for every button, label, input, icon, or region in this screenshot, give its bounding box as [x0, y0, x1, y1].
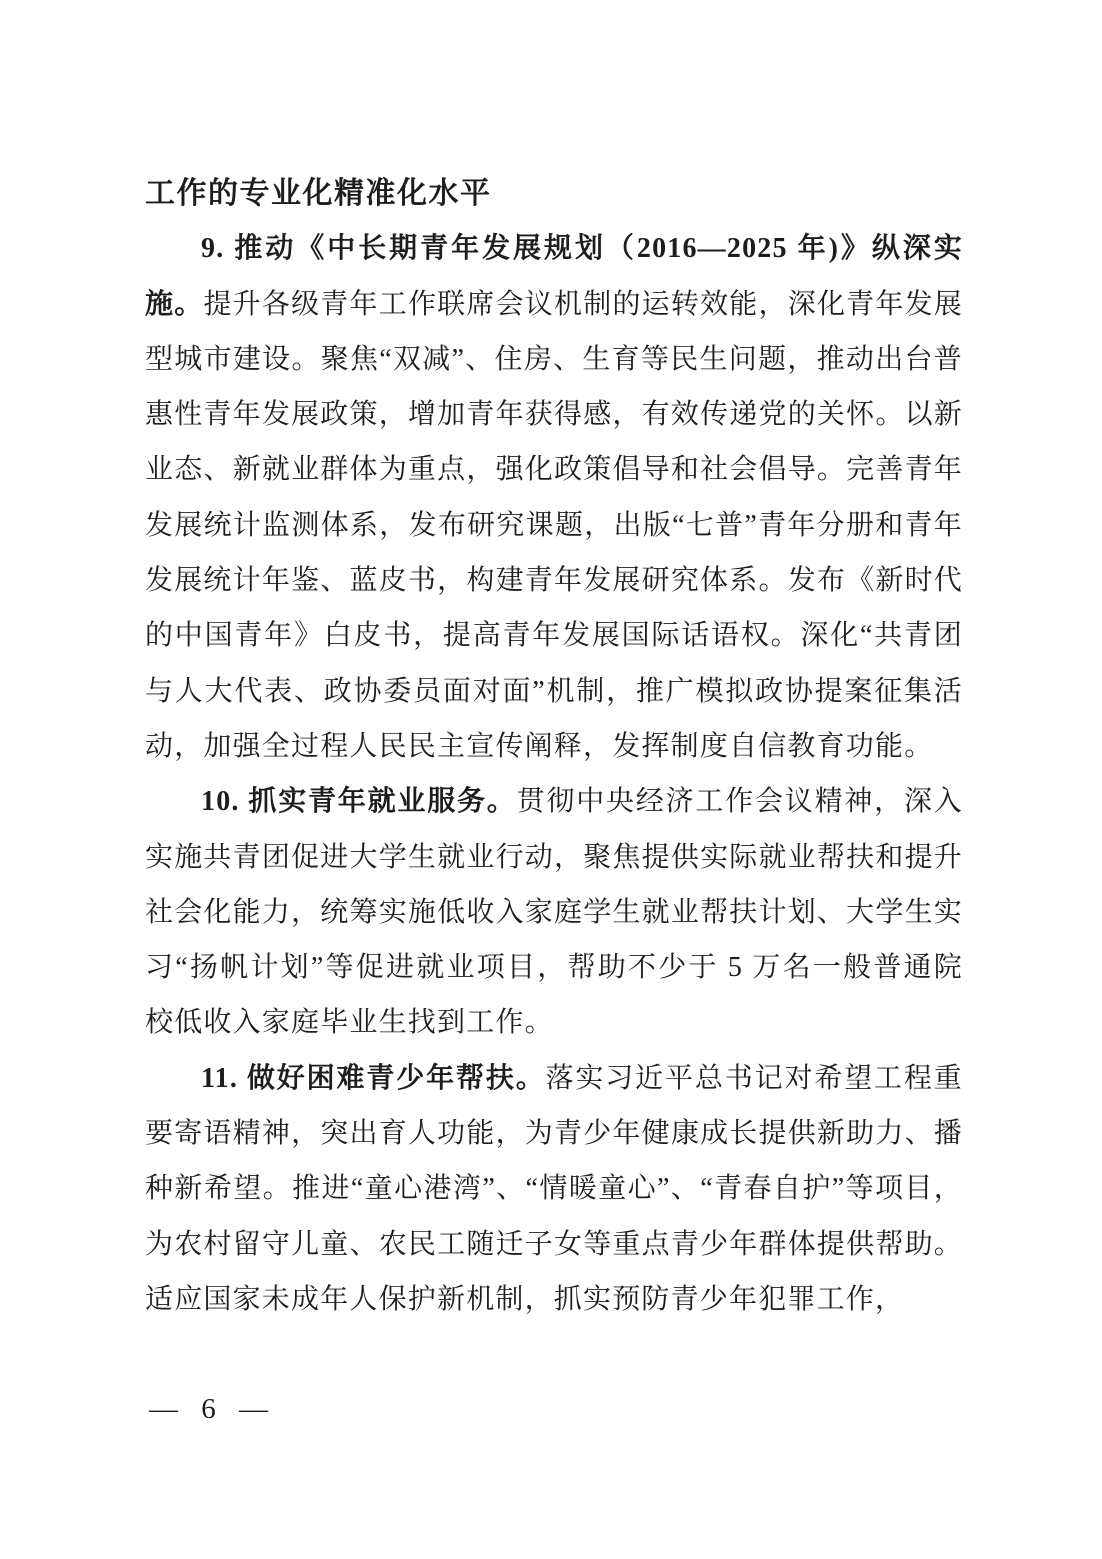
- section-heading: 工作的专业化精准化水平: [145, 166, 963, 221]
- paragraph-10-body: 贯彻中央经济工作会议精神，深入实施共青团促进大学生就业行动，聚焦提供实际就业帮扶…: [145, 786, 963, 1038]
- paragraph-11-lead: 11. 做好困难青少年帮扶。: [201, 1063, 546, 1094]
- document-text-block: 工作的专业化精准化水平 9. 推动《中长期青年发展规划（2016—2025 年)…: [145, 166, 963, 1327]
- page-number: — 6 —: [149, 1393, 268, 1425]
- page-footer: — 6 —: [149, 1389, 268, 1429]
- paragraph-10-lead: 10. 抓实青年就业服务。: [201, 786, 517, 817]
- document-page: 工作的专业化精准化水平 9. 推动《中长期青年发展规划（2016—2025 年)…: [0, 0, 1102, 1559]
- paragraph-item-11: 11. 做好困难青少年帮扶。落实习近平总书记对希望工程重要寄语精神，突出育人功能…: [145, 1051, 963, 1327]
- paragraph-11-body: 落实习近平总书记对希望工程重要寄语精神，突出育人功能，为青少年健康成长提供新助力…: [145, 1063, 963, 1315]
- paragraph-item-9: 9. 推动《中长期青年发展规划（2016—2025 年)》纵深实施。提升各级青年…: [145, 221, 963, 774]
- paragraph-item-10: 10. 抓实青年就业服务。贯彻中央经济工作会议精神，深入实施共青团促进大学生就业…: [145, 774, 963, 1050]
- paragraph-9-body: 提升各级青年工作联席会议机制的运转效能，深化青年发展型城市建设。聚焦“双减”、住…: [145, 289, 963, 762]
